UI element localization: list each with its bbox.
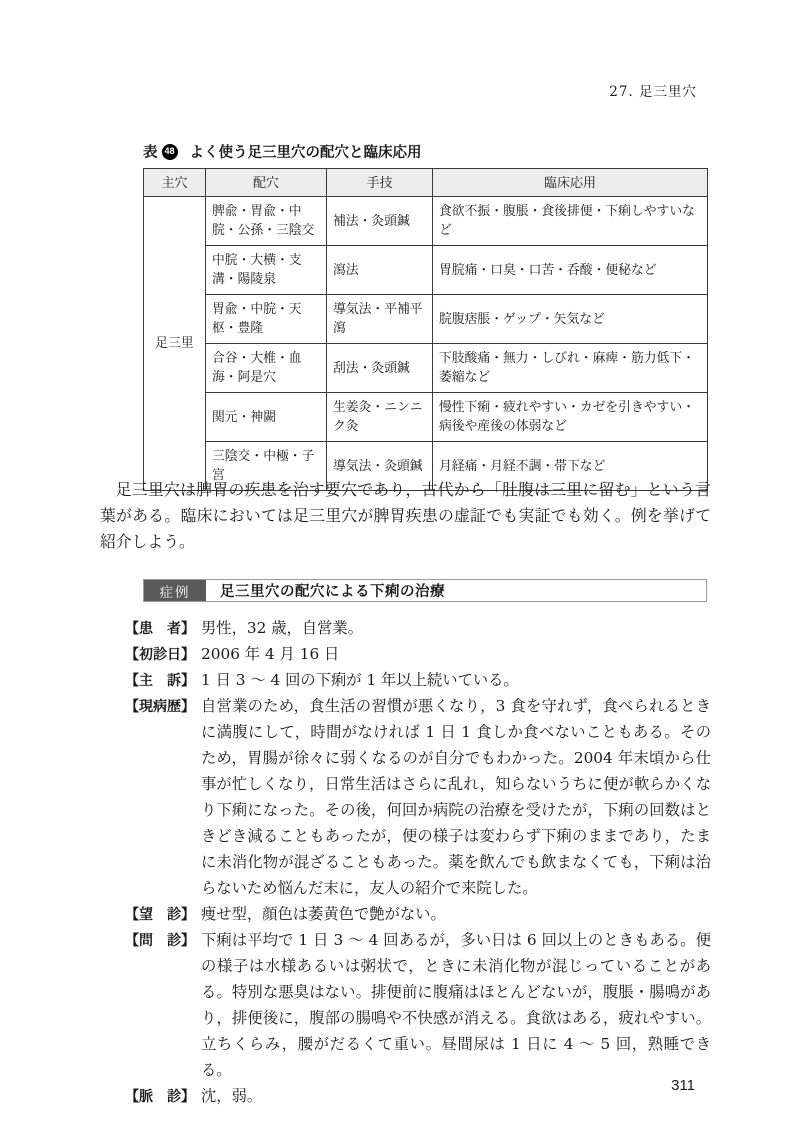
entry-text: 男性，32 歳，自営業。 xyxy=(201,615,711,641)
entry-text: 2006 年 4 月 16 日 xyxy=(201,641,711,667)
header-main-point: 主穴 xyxy=(144,169,206,197)
table-row: 関元・神闕 生姜灸・ニンニク灸 慢性下痢・疲れやすい・カゼを引きやすい・病後や産… xyxy=(144,393,708,442)
technique-cell: 生姜灸・ニンニク灸 xyxy=(327,393,433,442)
entry-label: 【患 者】 xyxy=(125,615,201,641)
entry-text: 下痢は平均で 1 日 3 〜 4 回あるが，多い日は 6 回以上のときもある。便… xyxy=(201,927,711,1083)
main-point-cell: 足三里 xyxy=(144,197,206,491)
page-number: 311 xyxy=(671,1077,695,1094)
table-row: 足三里 脾兪・胃兪・中脘・公孫・三陰交 補法・灸頭鍼 食欲不振・腹脹・食後排便・… xyxy=(144,197,708,246)
case-entry-chief-complaint: 【主 訴】 1 日 3 〜 4 回の下痢が 1 年以上続いている。 xyxy=(125,667,711,693)
technique-cell: 導気法・平補平瀉 xyxy=(327,295,433,344)
table-header-row: 主穴 配穴 手技 臨床応用 xyxy=(144,169,708,197)
entry-label: 【問 診】 xyxy=(125,927,201,953)
header-technique: 手技 xyxy=(327,169,433,197)
case-entry-patient: 【患 者】 男性，32 歳，自営業。 xyxy=(125,615,711,641)
application-cell: 慢性下痢・疲れやすい・カゼを引きやすい・病後や産後の体弱など xyxy=(433,393,708,442)
case-entry-inspection: 【望 診】 痩せ型，顔色は萎黄色で艶がない。 xyxy=(125,901,711,927)
book-page: 27. 足三里穴 表 48 よく使う足三里穴の配穴と臨床応用 主穴 配穴 手技 … xyxy=(0,0,800,1129)
table-title-text: よく使う足三里穴の配穴と臨床応用 xyxy=(190,141,422,162)
entry-text: 痩せ型，顔色は萎黄色で艶がない。 xyxy=(201,901,711,927)
application-cell: 食欲不振・腹脹・食後排便・下痢しやすいなど xyxy=(433,197,708,246)
application-cell: 下肢酸痛・無力・しびれ・麻痺・筋力低下・萎縮など xyxy=(433,344,708,393)
entry-text: 自営業のため，食生活の習慣が悪くなり，3 食を守れず，食べられるときに満腹にして… xyxy=(201,693,711,901)
case-entry-history: 【現病歴】 自営業のため，食生活の習慣が悪くなり，3 食を守れず，食べられるとき… xyxy=(125,693,711,901)
combination-cell: 胃兪・中脘・天枢・豊隆 xyxy=(206,295,327,344)
table-row: 合谷・大椎・血海・阿是穴 刮法・灸頭鍼 下肢酸痛・無力・しびれ・麻痺・筋力低下・… xyxy=(144,344,708,393)
table-number-badge: 48 xyxy=(162,144,178,160)
combination-cell: 合谷・大椎・血海・阿是穴 xyxy=(206,344,327,393)
table-caption: 表 48 よく使う足三里穴の配穴と臨床応用 xyxy=(143,141,707,162)
entry-label: 【脈 診】 xyxy=(125,1083,201,1109)
case-study-section: 症例 足三里穴の配穴による下痢の治療 【患 者】 男性，32 歳，自営業。 【初… xyxy=(100,579,711,1109)
running-head: 27. 足三里穴 xyxy=(609,80,697,100)
technique-cell: 刮法・灸頭鍼 xyxy=(327,344,433,393)
combination-cell: 中脘・大横・支溝・陽陵泉 xyxy=(206,246,327,295)
application-cell: 脘腹痞脹・ゲップ・矢気など xyxy=(433,295,708,344)
case-entry-inquiry: 【問 診】 下痢は平均で 1 日 3 〜 4 回あるが，多い日は 6 回以上のと… xyxy=(125,927,711,1083)
table-row: 中脘・大横・支溝・陽陵泉 瀉法 胃脘痛・口臭・口苦・呑酸・便秘など xyxy=(144,246,708,295)
case-badge: 症例 xyxy=(144,580,206,601)
technique-cell: 瀉法 xyxy=(327,246,433,295)
acupoint-table-section: 表 48 よく使う足三里穴の配穴と臨床応用 主穴 配穴 手技 臨床応用 足三里 … xyxy=(143,141,707,491)
case-title: 足三里穴の配穴による下痢の治療 xyxy=(206,580,706,601)
entry-label: 【初診日】 xyxy=(125,641,201,667)
acupoint-combination-table: 主穴 配穴 手技 臨床応用 足三里 脾兪・胃兪・中脘・公孫・三陰交 補法・灸頭鍼… xyxy=(143,168,708,491)
table-row: 胃兪・中脘・天枢・豊隆 導気法・平補平瀉 脘腹痞脹・ゲップ・矢気など xyxy=(144,295,708,344)
table-label-prefix: 表 xyxy=(143,141,158,162)
header-combination: 配穴 xyxy=(206,169,327,197)
case-entry-first-visit: 【初診日】 2006 年 4 月 16 日 xyxy=(125,641,711,667)
technique-cell: 補法・灸頭鍼 xyxy=(327,197,433,246)
case-entry-pulse: 【脈 診】 沈，弱。 xyxy=(125,1083,711,1109)
entry-label: 【主 訴】 xyxy=(125,667,201,693)
entry-text: 沈，弱。 xyxy=(201,1083,711,1109)
intro-paragraph: 足三里穴は脾胃の疾患を治す要穴であり，古代から「肚腹は三里に留む」という言葉があ… xyxy=(100,477,711,555)
combination-cell: 脾兪・胃兪・中脘・公孫・三陰交 xyxy=(206,197,327,246)
case-entries: 【患 者】 男性，32 歳，自営業。 【初診日】 2006 年 4 月 16 日… xyxy=(125,615,711,1109)
entry-text: 1 日 3 〜 4 回の下痢が 1 年以上続いている。 xyxy=(201,667,711,693)
case-header-bar: 症例 足三里穴の配穴による下痢の治療 xyxy=(143,579,707,602)
entry-label: 【望 診】 xyxy=(125,901,201,927)
combination-cell: 関元・神闕 xyxy=(206,393,327,442)
header-application: 臨床応用 xyxy=(433,169,708,197)
application-cell: 胃脘痛・口臭・口苦・呑酸・便秘など xyxy=(433,246,708,295)
entry-label: 【現病歴】 xyxy=(125,693,201,719)
